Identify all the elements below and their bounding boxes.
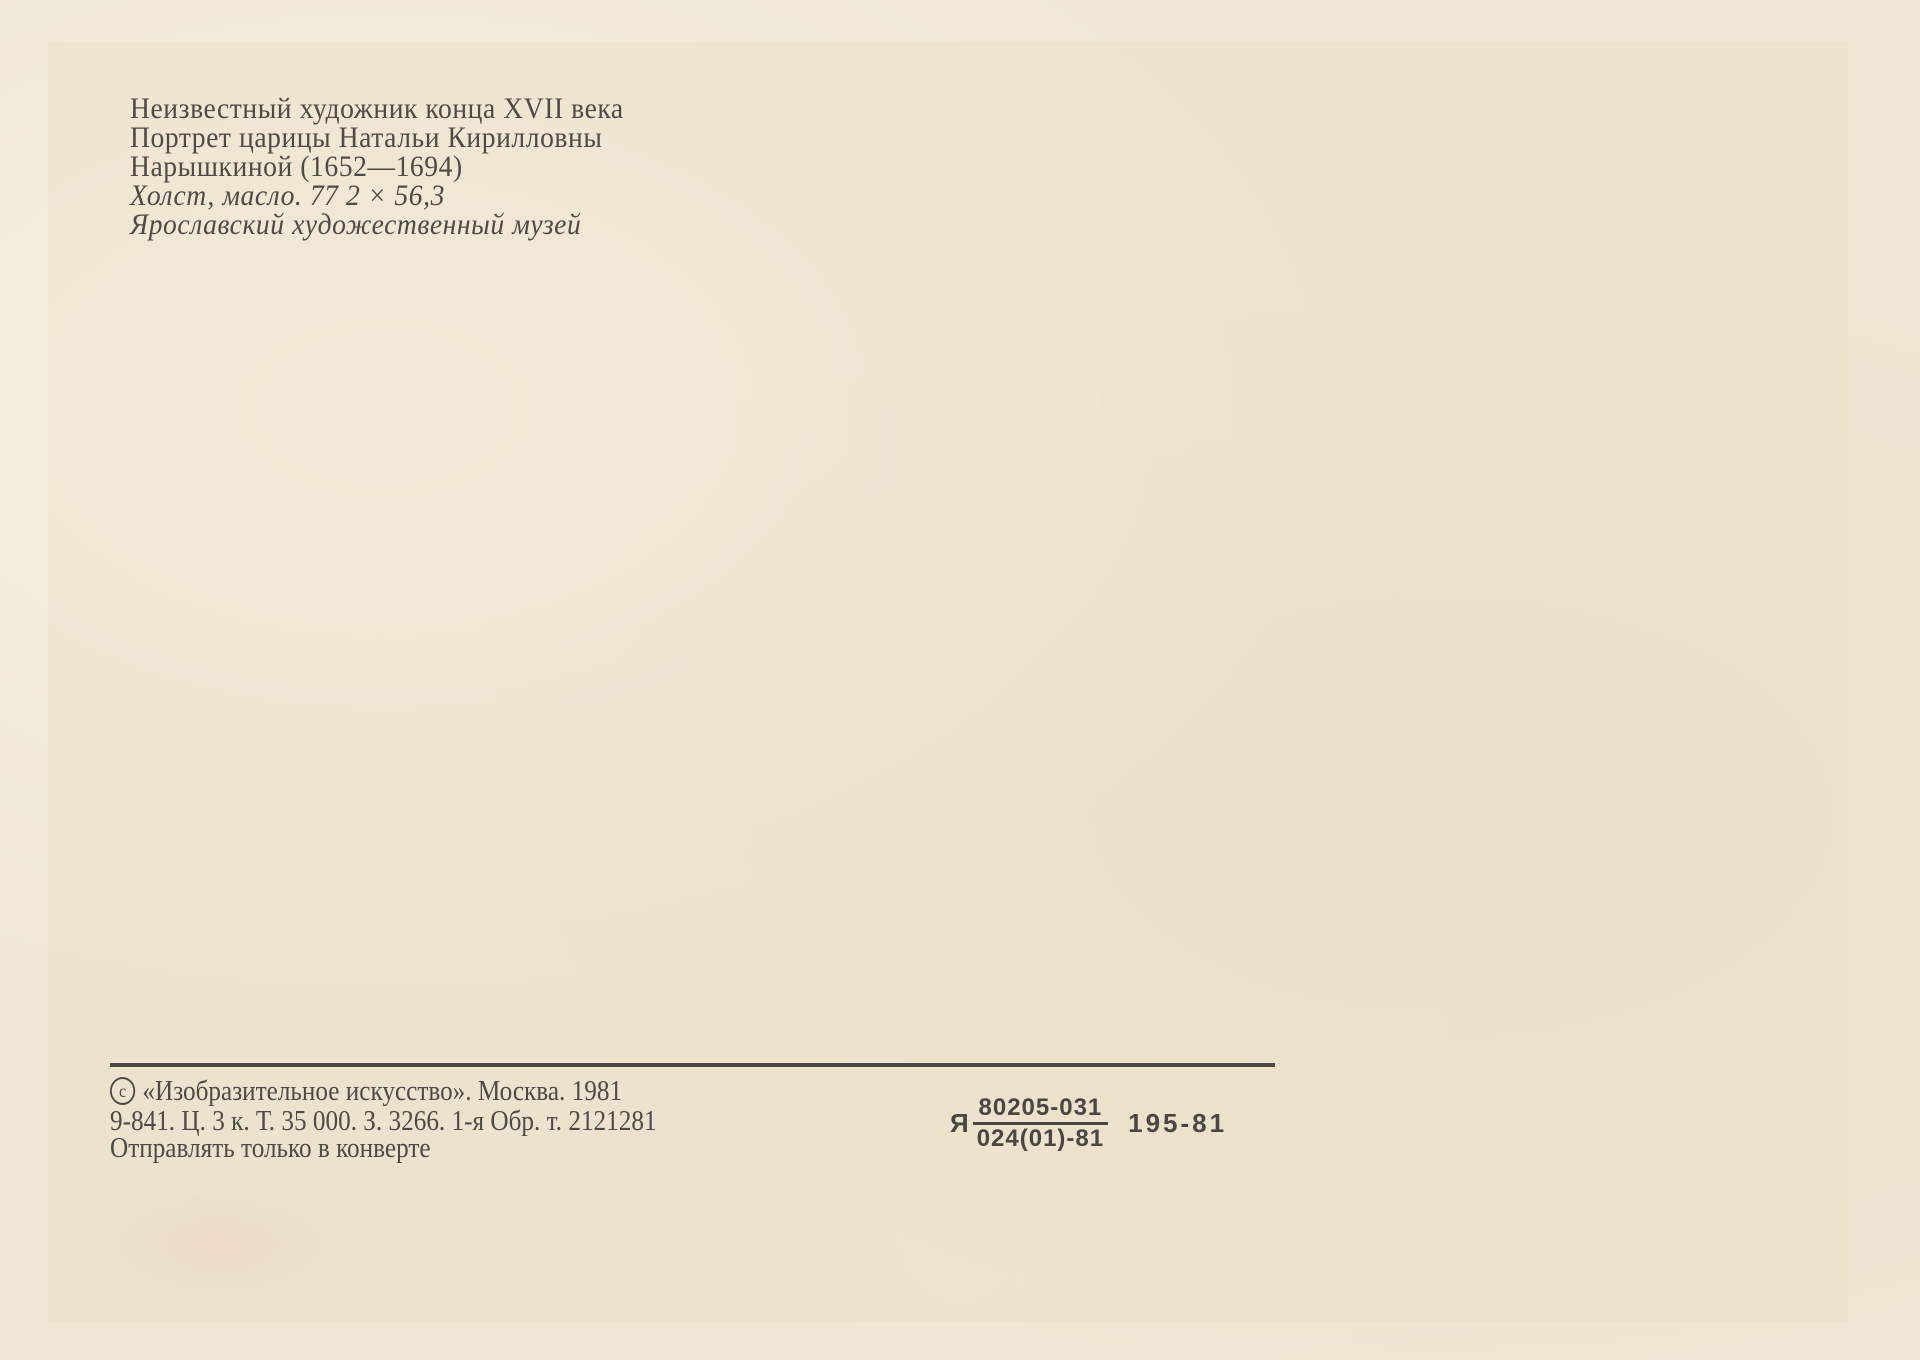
index-denominator: 024(01)-81: [971, 1125, 1110, 1153]
catalog-index: Я 80205-031 024(01)-81 195-81: [950, 1088, 1227, 1158]
index-numerator: 80205-031: [973, 1094, 1109, 1125]
publisher-line: c«Изобразительное искусство». Москва. 19…: [110, 1078, 657, 1108]
index-fraction: 80205-031 024(01)-81: [971, 1094, 1110, 1153]
medium-dimensions-line: Холст, масло. 77 2 × 56,3: [130, 181, 624, 210]
print-details-line: 9-841. Ц. 3 к. Т. 35 000. З. 3266. 1-я О…: [110, 1108, 657, 1135]
publisher-imprint: c«Изобразительное искусство». Москва. 19…: [110, 1078, 717, 1162]
publisher-text: «Изобразительное искусство». Москва. 198…: [142, 1076, 622, 1107]
index-prefix: Я: [950, 1108, 969, 1139]
mailing-note-line: Отправлять только в конверте: [110, 1135, 657, 1162]
title-line-1: Портрет царицы Натальи Кирилловны: [130, 123, 624, 152]
copyright-icon: c: [110, 1077, 135, 1105]
museum-line: Ярославский художественный музей: [130, 210, 624, 239]
artist-line: Неизвестный художник конца XVII века: [130, 94, 624, 123]
title-line-2: Нарышкиной (1652—1694): [130, 152, 624, 181]
index-suffix: 195-81: [1128, 1108, 1227, 1139]
separator-rule: [110, 1063, 1275, 1067]
artwork-caption: Неизвестный художник конца XVII века Пор…: [130, 94, 667, 239]
